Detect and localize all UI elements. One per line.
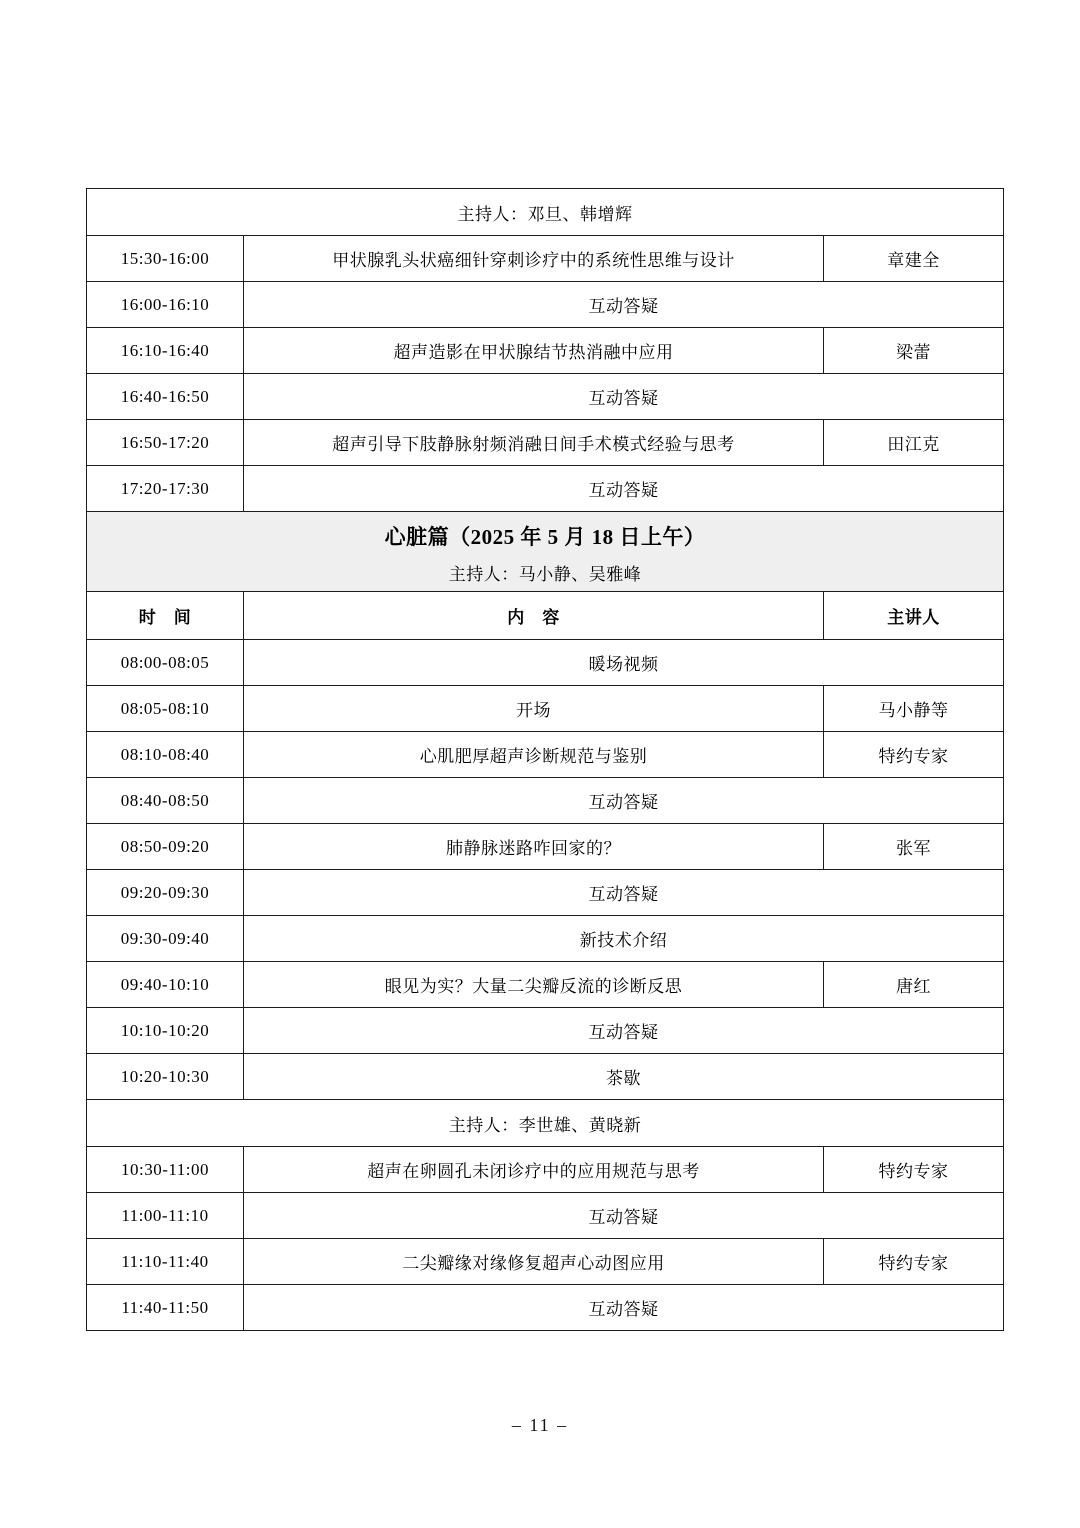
table-row-merged: 11:40-11:50互动答疑 (87, 1285, 1004, 1331)
schedule-table: 主持人：邓旦、韩增辉15:30-16:00甲状腺乳头状癌细针穿刺诊疗中的系统性思… (86, 188, 1004, 1331)
time-cell: 11:40-11:50 (87, 1285, 244, 1331)
content-cell: 超声在卵圆孔未闭诊疗中的应用规范与思考 (244, 1147, 824, 1193)
table-row-talk: 09:40-10:10眼见为实？大量二尖瓣反流的诊断反思唐红 (87, 962, 1004, 1008)
table-row-section: 心脏篇（2025 年 5 月 18 日上午）主持人：马小静、吴雅峰 (87, 512, 1004, 592)
time-cell: 11:00-11:10 (87, 1193, 244, 1239)
speaker-cell: 田江克 (824, 420, 1004, 466)
speaker-cell: 梁蕾 (824, 328, 1004, 374)
section-header-cell: 心脏篇（2025 年 5 月 18 日上午）主持人：马小静、吴雅峰 (87, 512, 1004, 592)
section-title: 心脏篇（2025 年 5 月 18 日上午） (91, 514, 999, 560)
speaker-cell: 特约专家 (824, 1239, 1004, 1285)
chair-row-cell: 主持人：李世雄、黄晓新 (87, 1100, 1004, 1147)
speaker-cell: 特约专家 (824, 732, 1004, 778)
table-row-merged: 09:20-09:30互动答疑 (87, 870, 1004, 916)
time-cell: 10:30-11:00 (87, 1147, 244, 1193)
speaker-cell: 马小静等 (824, 686, 1004, 732)
table-row-merged: 16:00-16:10互动答疑 (87, 282, 1004, 328)
table-row-merged: 08:00-08:05暖场视频 (87, 640, 1004, 686)
time-cell: 17:20-17:30 (87, 466, 244, 512)
table-row-merged: 16:40-16:50互动答疑 (87, 374, 1004, 420)
table-row-talk: 08:10-08:40心肌肥厚超声诊断规范与鉴别特约专家 (87, 732, 1004, 778)
content-cell: 超声引导下肢静脉射频消融日间手术模式经验与思考 (244, 420, 824, 466)
time-cell: 08:40-08:50 (87, 778, 244, 824)
content-cell-merged: 互动答疑 (244, 1285, 1004, 1331)
time-cell: 09:30-09:40 (87, 916, 244, 962)
content-cell-merged: 互动答疑 (244, 1193, 1004, 1239)
schedule-table-body: 主持人：邓旦、韩增辉15:30-16:00甲状腺乳头状癌细针穿刺诊疗中的系统性思… (87, 189, 1004, 1331)
content-cell: 超声造影在甲状腺结节热消融中应用 (244, 328, 824, 374)
content-cell-merged: 暖场视频 (244, 640, 1004, 686)
section-chair: 主持人：马小静、吴雅峰 (91, 560, 999, 590)
time-cell: 10:20-10:30 (87, 1054, 244, 1100)
content-cell: 二尖瓣缘对缘修复超声心动图应用 (244, 1239, 824, 1285)
speaker-cell: 特约专家 (824, 1147, 1004, 1193)
chair-row-cell: 主持人：邓旦、韩增辉 (87, 189, 1004, 236)
content-cell: 开场 (244, 686, 824, 732)
content-cell: 心肌肥厚超声诊断规范与鉴别 (244, 732, 824, 778)
column-header-content: 内 容 (244, 592, 824, 640)
table-row-merged: 08:40-08:50互动答疑 (87, 778, 1004, 824)
table-row-merged: 10:10-10:20互动答疑 (87, 1008, 1004, 1054)
content-cell-merged: 互动答疑 (244, 870, 1004, 916)
content-cell: 肺静脉迷路咋回家的？ (244, 824, 824, 870)
table-row-merged: 17:20-17:30互动答疑 (87, 466, 1004, 512)
table-row-chair: 主持人：邓旦、韩增辉 (87, 189, 1004, 236)
table-row-merged: 10:20-10:30茶歇 (87, 1054, 1004, 1100)
table-row-talk: 08:50-09:20肺静脉迷路咋回家的？张军 (87, 824, 1004, 870)
table-row-header: 时 间内 容主讲人 (87, 592, 1004, 640)
time-cell: 08:00-08:05 (87, 640, 244, 686)
time-cell: 08:10-08:40 (87, 732, 244, 778)
table-row-talk: 16:50-17:20超声引导下肢静脉射频消融日间手术模式经验与思考田江克 (87, 420, 1004, 466)
document-page: 主持人：邓旦、韩增辉15:30-16:00甲状腺乳头状癌细针穿刺诊疗中的系统性思… (0, 0, 1080, 1528)
time-cell: 16:00-16:10 (87, 282, 244, 328)
page-number: – 11 – (0, 1415, 1080, 1436)
table-row-chair: 主持人：李世雄、黄晓新 (87, 1100, 1004, 1147)
column-header-speaker: 主讲人 (824, 592, 1004, 640)
content-cell-merged: 新技术介绍 (244, 916, 1004, 962)
content-cell-merged: 茶歇 (244, 1054, 1004, 1100)
table-row-merged: 11:00-11:10互动答疑 (87, 1193, 1004, 1239)
table-row-merged: 09:30-09:40新技术介绍 (87, 916, 1004, 962)
time-cell: 08:50-09:20 (87, 824, 244, 870)
speaker-cell: 张军 (824, 824, 1004, 870)
table-row-talk: 15:30-16:00甲状腺乳头状癌细针穿刺诊疗中的系统性思维与设计章建全 (87, 236, 1004, 282)
time-cell: 16:40-16:50 (87, 374, 244, 420)
content-cell-merged: 互动答疑 (244, 374, 1004, 420)
table-row-talk: 08:05-08:10开场马小静等 (87, 686, 1004, 732)
table-row-talk: 16:10-16:40超声造影在甲状腺结节热消融中应用梁蕾 (87, 328, 1004, 374)
time-cell: 16:10-16:40 (87, 328, 244, 374)
speaker-cell: 章建全 (824, 236, 1004, 282)
content-cell: 甲状腺乳头状癌细针穿刺诊疗中的系统性思维与设计 (244, 236, 824, 282)
time-cell: 15:30-16:00 (87, 236, 244, 282)
content-cell-merged: 互动答疑 (244, 778, 1004, 824)
table-row-talk: 11:10-11:40二尖瓣缘对缘修复超声心动图应用特约专家 (87, 1239, 1004, 1285)
content-cell: 眼见为实？大量二尖瓣反流的诊断反思 (244, 962, 824, 1008)
column-header-time: 时 间 (87, 592, 244, 640)
time-cell: 16:50-17:20 (87, 420, 244, 466)
table-row-talk: 10:30-11:00超声在卵圆孔未闭诊疗中的应用规范与思考特约专家 (87, 1147, 1004, 1193)
time-cell: 09:40-10:10 (87, 962, 244, 1008)
time-cell: 08:05-08:10 (87, 686, 244, 732)
time-cell: 10:10-10:20 (87, 1008, 244, 1054)
content-cell-merged: 互动答疑 (244, 466, 1004, 512)
content-cell-merged: 互动答疑 (244, 1008, 1004, 1054)
time-cell: 09:20-09:30 (87, 870, 244, 916)
time-cell: 11:10-11:40 (87, 1239, 244, 1285)
content-cell-merged: 互动答疑 (244, 282, 1004, 328)
speaker-cell: 唐红 (824, 962, 1004, 1008)
